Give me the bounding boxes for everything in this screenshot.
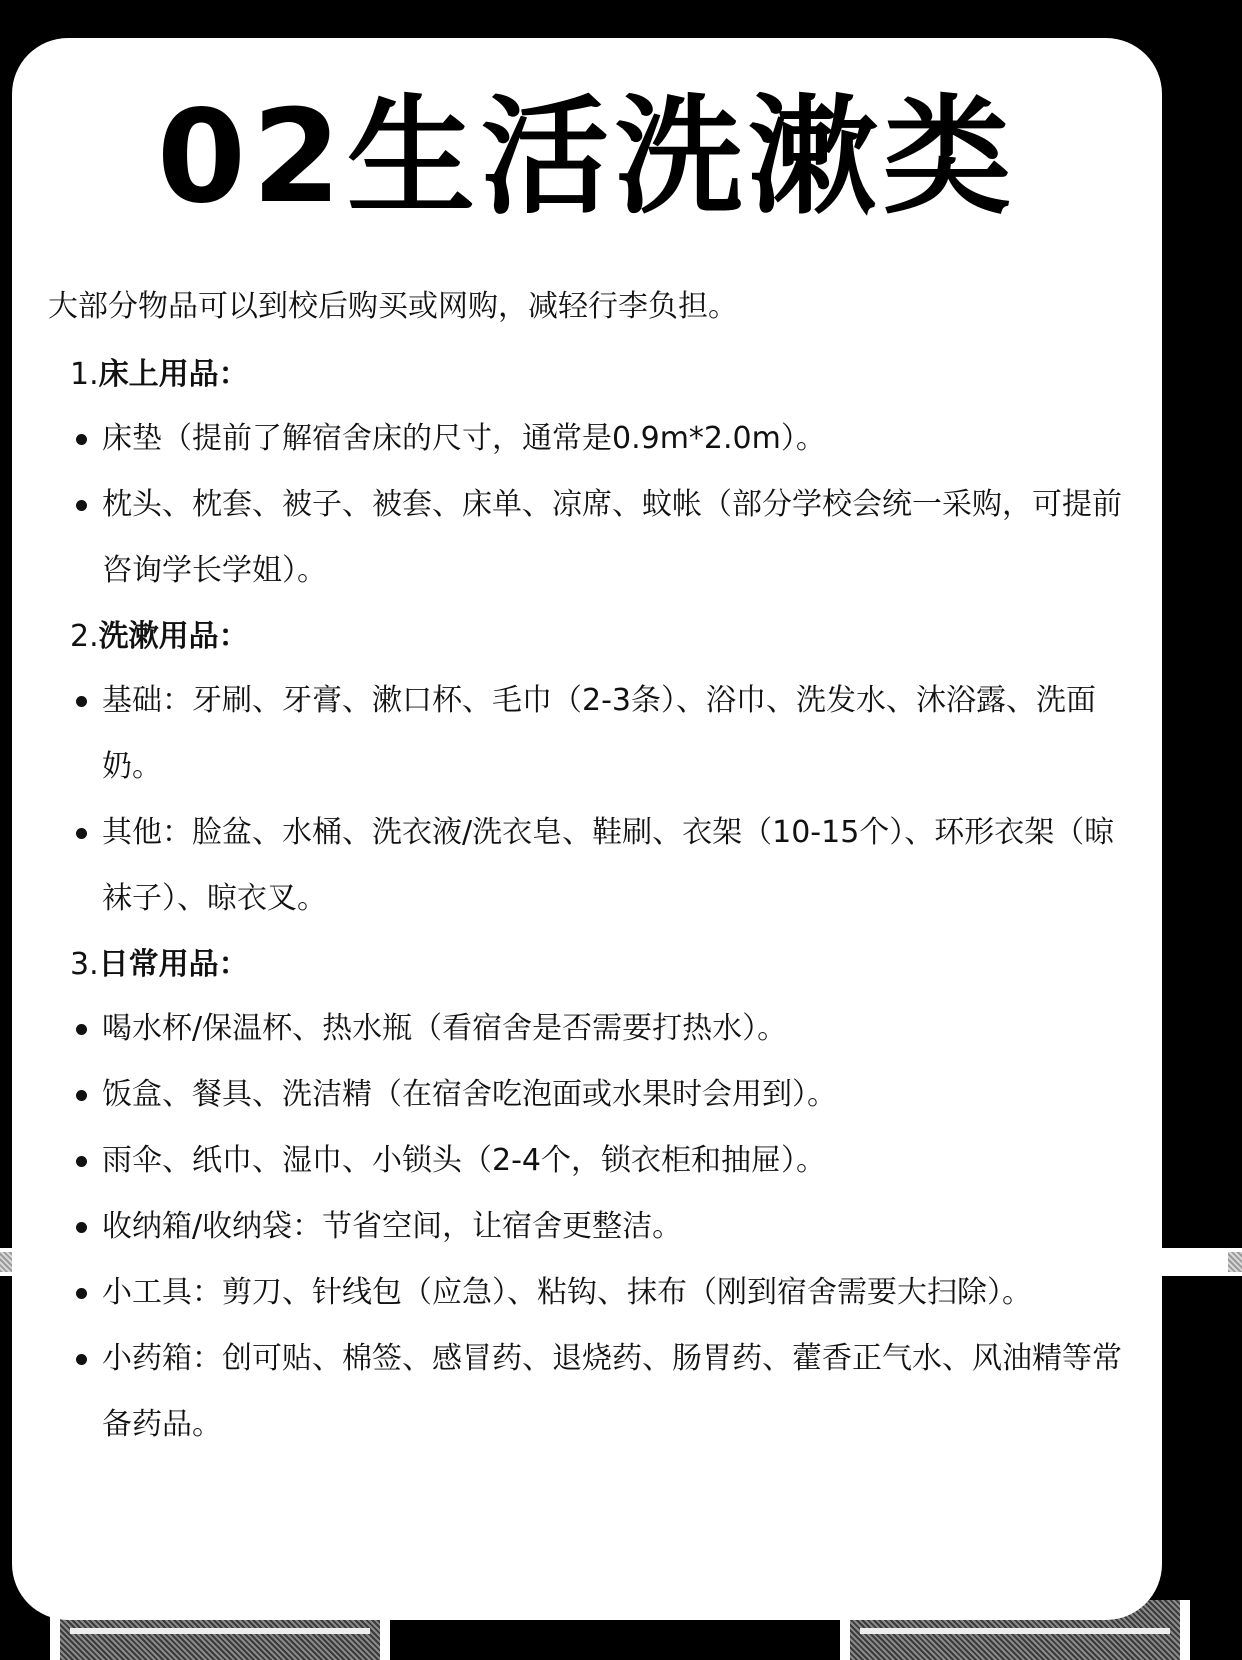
- list-item: 枕头、枕套、被子、被套、床单、凉席、蚊帐（部分学校会统一采购，可提前咨询学长学姐…: [48, 472, 1132, 604]
- bullet-icon: [76, 1222, 87, 1233]
- bullet-icon: [76, 434, 87, 445]
- section-heading: 2.洗漱用品：: [70, 616, 1132, 658]
- section-label: 床上用品：: [99, 357, 249, 392]
- section-heading: 3.日常用品：: [70, 944, 1132, 986]
- section-label: 日常用品：: [99, 947, 249, 982]
- section-bedding: 1.床上用品： 床垫（提前了解宿舍床的尺寸，通常是0.9m*2.0m）。 枕头、…: [48, 354, 1132, 604]
- page-title: 02生活洗漱类: [12, 88, 1162, 228]
- content-card: 02生活洗漱类 大部分物品可以到校后购买或网购，减轻行李负担。 1.床上用品： …: [12, 38, 1162, 1620]
- bullet-icon: [76, 828, 87, 839]
- list-item: 床垫（提前了解宿舍床的尺寸，通常是0.9m*2.0m）。: [48, 406, 1132, 472]
- list-item: 饭盒、餐具、洗洁精（在宿舍吃泡面或水果时会用到）。: [48, 1062, 1132, 1128]
- section-number: 3.: [70, 947, 99, 982]
- background-halftone-right: [1228, 1252, 1242, 1272]
- bullet-icon: [76, 1090, 87, 1101]
- section-toiletries: 2.洗漱用品： 基础：牙刷、牙膏、漱口杯、毛巾（2-3条）、浴巾、洗发水、沐浴露…: [48, 616, 1132, 932]
- bullet-icon: [76, 500, 87, 511]
- intro-text: 大部分物品可以到校后购买或网购，减轻行李负担。: [48, 286, 1132, 328]
- section-number: 1.: [70, 357, 99, 392]
- bullet-icon: [76, 1354, 87, 1365]
- bullet-icon: [76, 1156, 87, 1167]
- list-item: 小药箱：创可贴、棉签、感冒药、退烧药、肠胃药、藿香正气水、风油精等常备药品。: [48, 1326, 1132, 1458]
- section-number: 2.: [70, 619, 99, 654]
- bullet-icon: [76, 1288, 87, 1299]
- list-item: 小工具：剪刀、针线包（应急）、粘钩、抹布（刚到宿舍需要大扫除）。: [48, 1260, 1132, 1326]
- list-item: 喝水杯/保温杯、热水瓶（看宿舍是否需要打热水）。: [48, 996, 1132, 1062]
- list-item: 雨伞、纸巾、湿巾、小锁头（2-4个，锁衣柜和抽屉）。: [48, 1128, 1132, 1194]
- section-label: 洗漱用品：: [99, 619, 249, 654]
- bullet-icon: [76, 1024, 87, 1035]
- section-heading: 1.床上用品：: [70, 354, 1132, 396]
- section-daily-items: 3.日常用品： 喝水杯/保温杯、热水瓶（看宿舍是否需要打热水）。 饭盒、餐具、洗…: [48, 944, 1132, 1458]
- checklist-body: 大部分物品可以到校后购买或网购，减轻行李负担。 1.床上用品： 床垫（提前了解宿…: [48, 286, 1132, 1470]
- bullet-icon: [76, 696, 87, 707]
- list-item: 基础：牙刷、牙膏、漱口杯、毛巾（2-3条）、浴巾、洗发水、沐浴露、洗面奶。: [48, 668, 1132, 800]
- list-item: 其他：脸盆、水桶、洗衣液/洗衣皂、鞋刷、衣架（10-15个）、环形衣架（晾袜子）…: [48, 800, 1132, 932]
- list-item: 收纳箱/收纳袋：节省空间，让宿舍更整洁。: [48, 1194, 1132, 1260]
